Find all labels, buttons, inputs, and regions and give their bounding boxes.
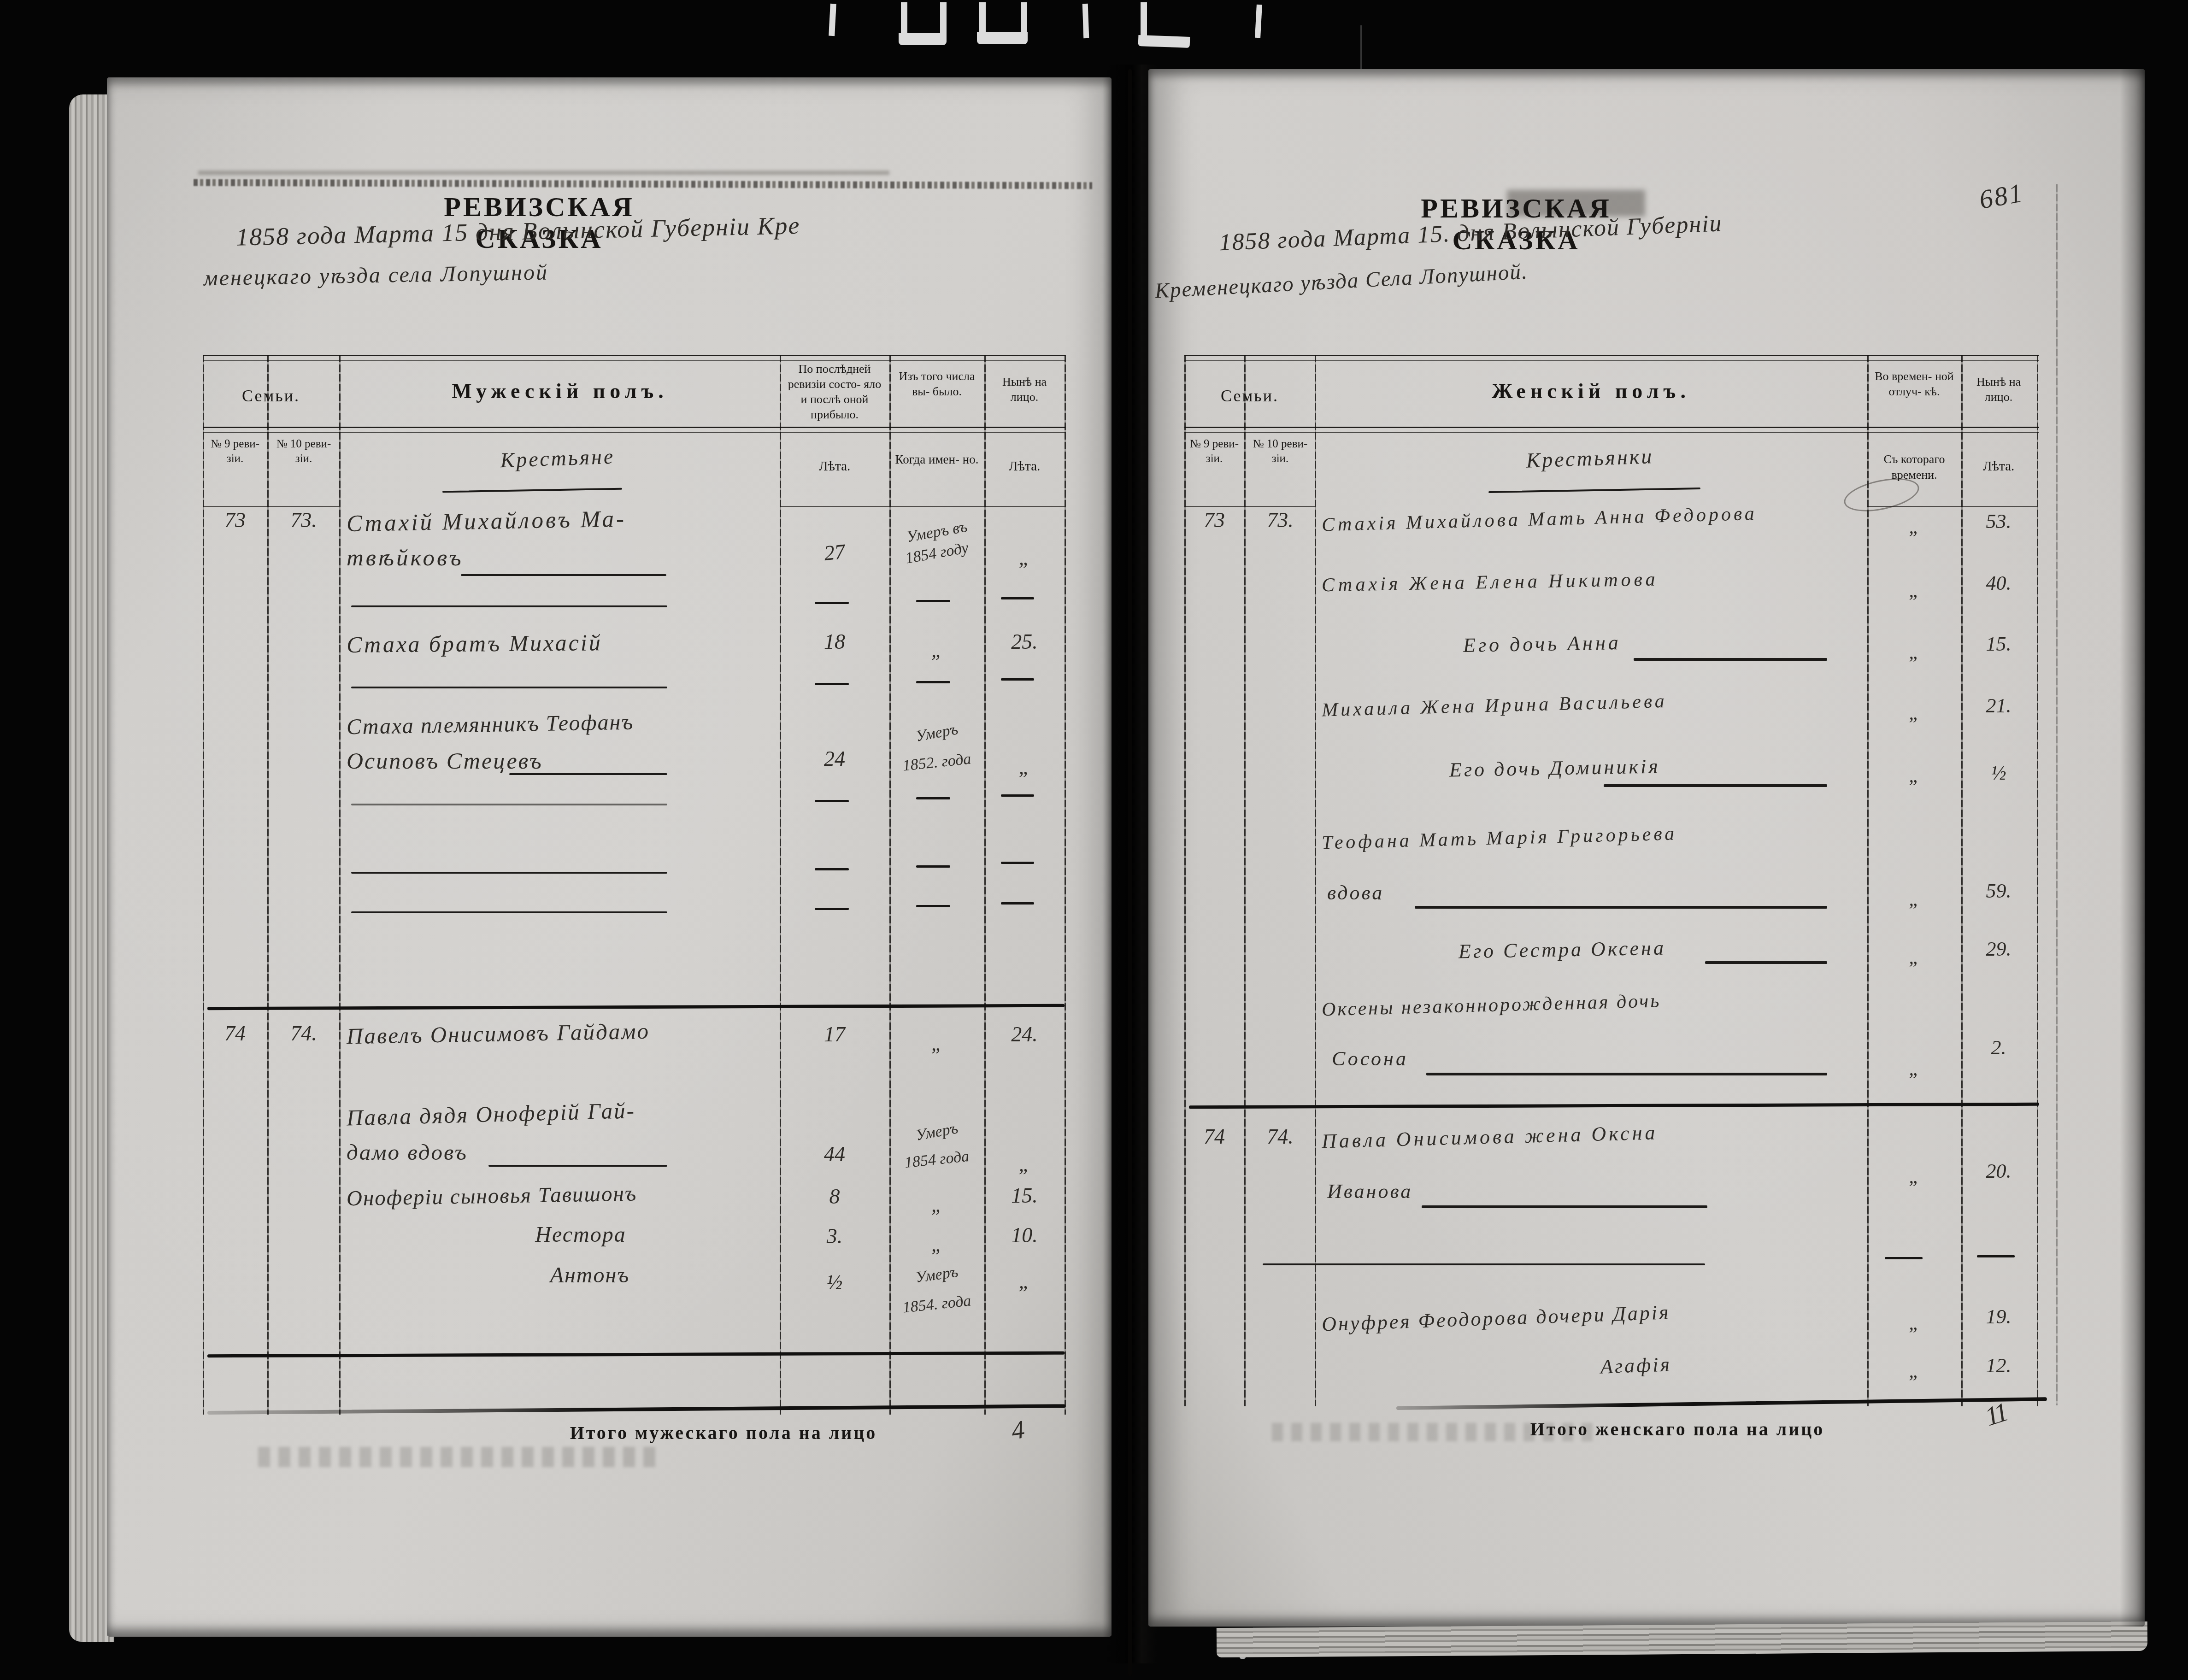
- filler-dash: [916, 865, 950, 868]
- name-filler-dash: [461, 574, 666, 576]
- age-value: ½: [1963, 761, 2034, 785]
- name-filler-dash: [509, 773, 667, 775]
- filler-dash: [1001, 902, 1034, 905]
- filler-dash: [916, 797, 950, 799]
- age-value: 17: [783, 1022, 886, 1046]
- filler-dash: [815, 908, 849, 910]
- age-value: 10.: [987, 1223, 1062, 1247]
- column-header-rev9: № 9 реви- зіи.: [1187, 437, 1241, 466]
- table-column-line: [203, 355, 204, 1415]
- age-value: 29.: [1963, 937, 2034, 961]
- column-header-years2: Лѣта.: [987, 459, 1062, 474]
- ditto-mark: „: [987, 756, 1062, 779]
- age-value: 2.: [1963, 1036, 2034, 1059]
- filler-dash: [815, 800, 849, 802]
- column-header-family: Семьи.: [212, 386, 330, 405]
- column-header-sex: Мужескій полъ.: [350, 379, 770, 403]
- name-filler-dash: [488, 1165, 667, 1167]
- row-number-10th: 73.: [1249, 508, 1312, 532]
- filler-dash: [1001, 597, 1034, 599]
- name-filler-dash: [1415, 906, 1827, 909]
- filler-dash-row: [351, 872, 667, 874]
- table-column-line: [339, 355, 341, 1415]
- table-column-line: [1184, 355, 1186, 1406]
- entry-name: Антонъ: [507, 1263, 673, 1288]
- column-header-years1: Лѣта.: [783, 459, 886, 474]
- table-top-border: [1184, 355, 2039, 361]
- filler-dash: [916, 681, 950, 683]
- table-column-line: [1867, 355, 1869, 1406]
- filler-dash: [1001, 862, 1034, 864]
- column-header-rev10: № 10 реви- зіи.: [272, 437, 335, 466]
- ditto-mark: „: [1869, 765, 1959, 787]
- entry-name-continued: вдова: [1327, 881, 1512, 905]
- table-header-separator: [203, 427, 1065, 433]
- left-page-top-smudge: [198, 170, 889, 175]
- ditto-mark: „: [893, 1233, 981, 1257]
- filler-dash: [1977, 1255, 2015, 1257]
- age-value: 59.: [1963, 879, 2034, 903]
- column-header-family: Семьи.: [1192, 386, 1308, 405]
- total-label: Итого мужескаго пола на лицо: [456, 1422, 991, 1444]
- age-value: 24: [783, 746, 886, 771]
- ditto-mark: „: [893, 1032, 981, 1056]
- ditto-mark: „: [1869, 580, 1959, 602]
- scanned-book-spread: РЕВИЗСКАЯ СКАЗКА 1858 года Марта 15 дня …: [0, 0, 2188, 1680]
- entry-name-continued: Сосона: [1332, 1047, 1525, 1070]
- age-value: 20.: [1963, 1159, 2034, 1183]
- filler-dash: [815, 683, 849, 685]
- row-number-9th: 74: [1187, 1124, 1241, 1149]
- ditto-mark: „: [1869, 516, 1959, 538]
- entry-name-continued: твѣйковъ: [347, 545, 577, 571]
- filler-dash: [1885, 1257, 1923, 1259]
- filler-dash-row: [351, 605, 667, 607]
- table-column-line: [780, 355, 781, 1415]
- row-number-10th: 74.: [272, 1021, 335, 1046]
- age-value: 44: [783, 1142, 886, 1166]
- table-header-separator: [1184, 427, 2039, 433]
- column-header-present: Нынѣ на лицо.: [1963, 374, 2034, 405]
- row-number-9th: 73: [1187, 508, 1241, 532]
- age-value: 15.: [987, 1183, 1062, 1208]
- film-notch-l-base: [1138, 35, 1190, 48]
- table-column-line: [1961, 355, 1963, 1406]
- ditto-mark: „: [987, 1270, 1062, 1293]
- right-page: [1148, 69, 2145, 1627]
- row-number-9th: 74: [206, 1021, 264, 1046]
- subheader-line-left: [1184, 506, 1315, 507]
- film-notch-bar: [829, 4, 836, 36]
- table-column-line: [1244, 355, 1246, 1406]
- ditto-mark: „: [1869, 1312, 1959, 1334]
- row-number-9th: 73: [206, 508, 264, 532]
- right-page-stack-edge: [1217, 1621, 2147, 1657]
- right-page-edge-shade: [2120, 69, 2145, 1627]
- filler-dash: [916, 600, 950, 602]
- entry-name-continued: дамо вдовъ: [347, 1139, 605, 1165]
- table-column-line: [2037, 355, 2038, 1406]
- ditto-mark: „: [893, 639, 981, 662]
- age-value: 19.: [1963, 1305, 2034, 1328]
- ditto-mark: „: [987, 546, 1062, 570]
- filler-dash-row: [351, 687, 667, 688]
- age-value: 24.: [987, 1022, 1062, 1046]
- filler-dash: [815, 868, 849, 870]
- ditto-mark: „: [1869, 1360, 1959, 1382]
- column-header-sex: Женскій полъ.: [1327, 379, 1855, 403]
- name-filler-dash: [1604, 784, 1827, 787]
- entry-name: Нестора: [498, 1222, 664, 1247]
- age-value: 18: [783, 629, 886, 654]
- table-column-line: [267, 355, 269, 1415]
- column-header-present: Нынѣ на лицо.: [987, 374, 1062, 405]
- age-value: 40.: [1963, 571, 2034, 595]
- bleed-smudge: [1272, 1423, 1594, 1441]
- column-header-temp-absence: Во времен- ной отлуч- кѣ.: [1871, 369, 1958, 399]
- table-top-border: [203, 355, 1065, 361]
- subheader-line-left: [203, 506, 339, 507]
- column-header-last-revision: По послѣдней ревизіи состо- яло и послѣ …: [783, 361, 886, 422]
- table-column-line: [984, 355, 986, 1415]
- bleed-smudge: [258, 1447, 664, 1467]
- age-value: 21.: [1963, 694, 2034, 717]
- name-filler-dash: [1705, 961, 1827, 964]
- ditto-mark: „: [1869, 888, 1959, 910]
- entry-name-continued: Осиповъ Стецевъ: [347, 747, 632, 774]
- filler-dash: [815, 602, 849, 604]
- name-filler-dash: [1422, 1205, 1707, 1208]
- filler-dash: [1001, 794, 1034, 797]
- table-column-line: [889, 355, 891, 1415]
- ditto-mark: „: [1869, 1166, 1959, 1188]
- row-number-10th: 73.: [272, 508, 335, 532]
- ditto-mark: „: [1869, 1058, 1959, 1080]
- ditto-mark: „: [893, 1193, 981, 1217]
- table-column-line: [1315, 355, 1316, 1406]
- ditto-mark: „: [987, 1153, 1062, 1176]
- column-header-since: Съ котораго времени.: [1870, 452, 1959, 483]
- film-notch-u2-base: [977, 32, 1028, 44]
- name-filler-dash: [1426, 1073, 1827, 1075]
- column-header-rev10: № 10 реви- зіи.: [1249, 437, 1312, 466]
- table-column-line: [1065, 355, 1066, 1415]
- left-page: [107, 77, 1112, 1637]
- age-value: 3.: [783, 1224, 886, 1248]
- column-header-when: Когда имен- но.: [893, 452, 981, 467]
- row-number-10th: 74.: [1249, 1124, 1312, 1149]
- age-value: 15.: [1963, 632, 2034, 656]
- subheader-line-right: [780, 506, 1065, 507]
- column-header-rev9: № 9 реви- зіи.: [206, 437, 264, 466]
- age-value: 12.: [1963, 1354, 2034, 1377]
- entry-name: Стаха братъ Михасій: [347, 628, 775, 658]
- film-notch-bar3: [1255, 5, 1262, 38]
- filler-dash-row: [1263, 1263, 1705, 1265]
- age-value: ½: [783, 1270, 886, 1294]
- name-filler-dash: [1634, 658, 1827, 661]
- spine-line: [1128, 69, 1132, 1676]
- ditto-mark: „: [1869, 946, 1959, 969]
- age-value: 8: [783, 1184, 886, 1209]
- ditto-mark: „: [1869, 641, 1959, 664]
- entry-name-continued: Иванова: [1327, 1180, 1521, 1203]
- film-notch-u-base: [899, 33, 947, 45]
- column-header-years: Лѣта.: [1963, 459, 2034, 474]
- ditto-mark: „: [1869, 702, 1959, 724]
- filler-dash: [916, 905, 950, 907]
- filler-dash-row: [351, 911, 667, 913]
- age-value: 53.: [1963, 510, 2034, 533]
- filler-dash-row: [351, 804, 667, 805]
- filler-dash: [1001, 678, 1034, 681]
- column-header-departed: Изъ того числа вы- было.: [893, 369, 981, 399]
- film-notch-bar2: [1082, 4, 1089, 38]
- page-margin-line: [2056, 184, 2058, 1405]
- age-value: 25.: [987, 629, 1062, 654]
